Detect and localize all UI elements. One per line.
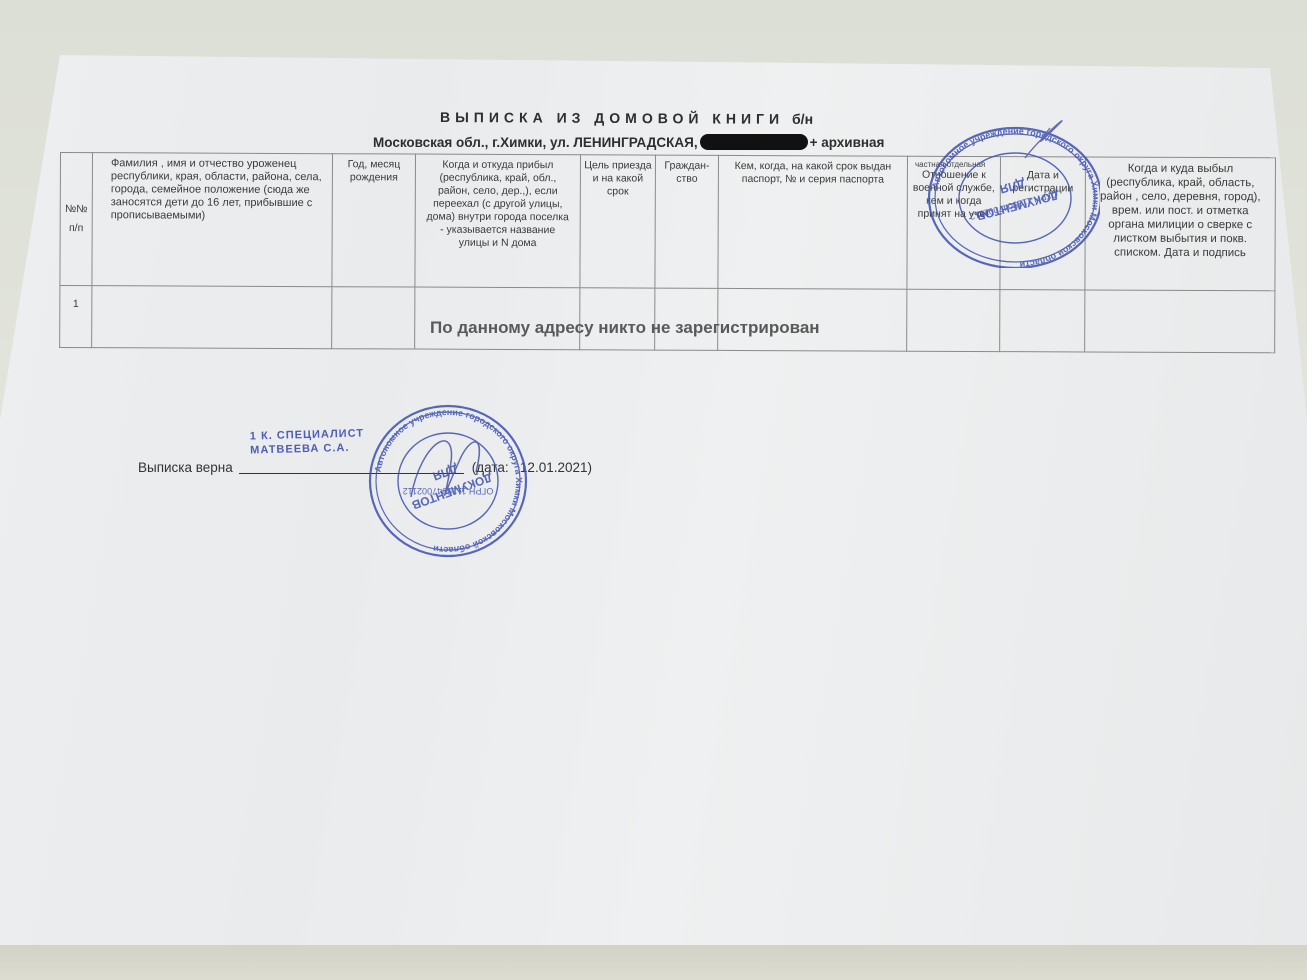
date-value: 12.01.2021) (520, 460, 592, 475)
address-text: Московская обл., г.Химки, ул. ЛЕНИНГРАДС… (373, 135, 698, 150)
round-seal-icon: Автономное учреждение городского округа … (920, 118, 1100, 268)
column-header-purpose: Цель приезда и на какой срок (580, 155, 656, 288)
column-header-number-line2: п/п (64, 222, 89, 235)
desk-surface (0, 945, 1307, 980)
svg-text:ДОКУМЕНТОВ: ДОКУМЕНТОВ (975, 188, 1061, 224)
document-title-text: ВЫПИСКА ИЗ ДОМОВОЙ КНИГИ (440, 109, 784, 127)
document-address: Московская обл., г.Химки, ул. ЛЕНИНГРАДС… (373, 134, 884, 150)
column-header-number: №№ п/п (60, 153, 93, 286)
cell-birth (332, 287, 415, 349)
svg-text:ДЛЯ: ДЛЯ (431, 462, 460, 484)
redaction-mark (700, 134, 808, 150)
svg-text:Автономное учреждение городско: Автономное учреждение городского округа … (930, 126, 1100, 268)
cell-military (907, 289, 1000, 351)
no-registrants-notice: По данному адресу никто не зарегистриров… (430, 318, 820, 338)
column-header-birth: Год, месяц рождения (332, 154, 416, 287)
document-number: б/н (792, 111, 813, 127)
address-suffix: + архивная (810, 135, 885, 150)
round-seal-icon: Автономное учреждение городского округа … (366, 402, 530, 560)
row-number: 1 (60, 286, 92, 348)
column-header-name: Фамилия , имя и отчество уроженец респуб… (92, 153, 333, 287)
cell-registration-date (1000, 290, 1085, 352)
cell-name (92, 286, 332, 349)
document-title: ВЫПИСКА ИЗ ДОМОВОЙ КНИГИб/н (440, 109, 813, 127)
certification-label: Выписка верна (138, 460, 233, 475)
specialist-stamp-name: МАТВЕЕВА С.А. (250, 441, 365, 458)
column-header-departure: Когда и куда выбыл (республика, край, об… (1085, 157, 1276, 291)
svg-text:ДЛЯ: ДЛЯ (998, 176, 1026, 196)
cell-departure (1085, 290, 1275, 353)
column-header-arrival: Когда и откуда прибыл (республика, край,… (415, 154, 581, 288)
column-header-passport: Кем, когда, на какой срок выдан паспорт,… (718, 155, 908, 289)
column-header-citizenship: Граждан-ство (655, 155, 719, 288)
column-header-number-line1: №№ (64, 203, 89, 216)
specialist-stamp: 1 К. СПЕЦИАЛИСТ МАТВЕЕВА С.А. (250, 427, 365, 458)
